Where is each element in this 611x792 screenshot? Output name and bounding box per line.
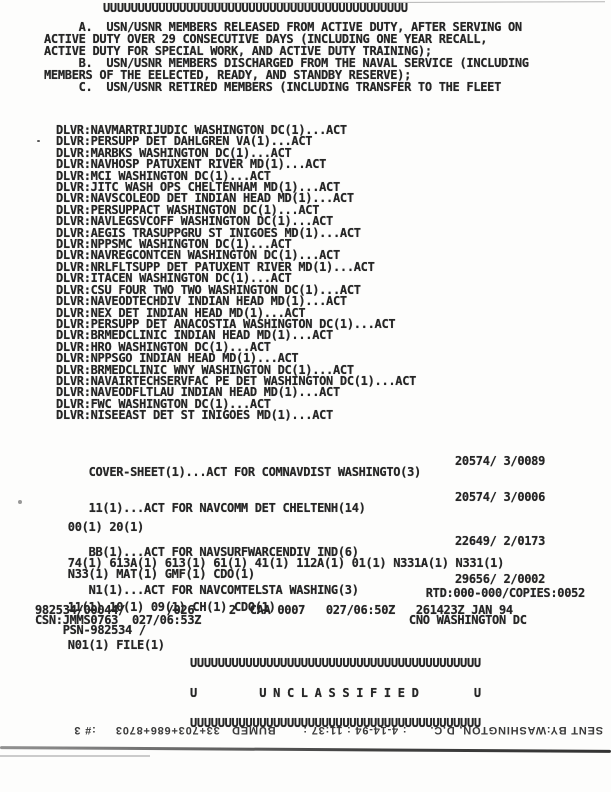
summary-left-text: N1(1)...ACT FOR NAVCOMTELSTA WASHING(3): [89, 583, 359, 597]
top-u-banner: UUUUUUUUUUUUUUUUUUUUUUUUUUUUUUUUUUUUUUUU…: [103, 3, 408, 14]
summary-ref-number: 22649/ 2/0173: [455, 536, 545, 547]
scanned-document-page: UUUUUUUUUUUUUUUUUUUUUUUUUUUUUUUUUUUUUUUU…: [0, 0, 611, 792]
scan-speck: [18, 500, 22, 504]
scan-artifact-smudge-line: [0, 746, 611, 753]
classification-label: U U N C L A S S I F I E D U: [190, 688, 481, 698]
scan-speck: [74, 620, 76, 622]
text-line: DLVR:NISEEAST DET ST INIGOES MD(1)...ACT: [56, 410, 416, 421]
classification-top-row: UUUUUUUUUUUUUUUUUUUUUUUUUUUUUUUUUUUUUUUU…: [190, 658, 481, 668]
message-trailer: 982534/00044/ /026 2 CAA 0007 027/06:50Z…: [35, 605, 527, 635]
scan-speck: [37, 140, 40, 142]
summary-ref-number: 20574/ 3/0006: [455, 492, 545, 503]
summary-left-text: 11(1)...ACT FOR NAVCOMM DET CHELTENH(14): [89, 501, 366, 515]
dlvr-address-list: DLVR:NAVMARTRIJUDIC WASHINGTON DC(1)...A…: [56, 125, 416, 422]
summary-ref-number: 29656/ 2/0002: [455, 574, 545, 585]
body-paragraphs: A. USN/USNR MEMBERS RELEASED FROM ACTIVE…: [44, 21, 529, 93]
scan-artifact-left-dash: [0, 755, 150, 757]
fax-header-upside-down: SENT BY:WASHINGTON, D.C. : 4-14-94 : 11:…: [8, 724, 603, 736]
text-line: C. USN/USNR RETIRED MEMBERS (INCLUDING T…: [44, 81, 529, 93]
summary-ref-number: 20574/ 3/0089: [455, 456, 545, 467]
rtd-copies-line: RTD:000-000/COPIES:0052: [426, 588, 585, 599]
